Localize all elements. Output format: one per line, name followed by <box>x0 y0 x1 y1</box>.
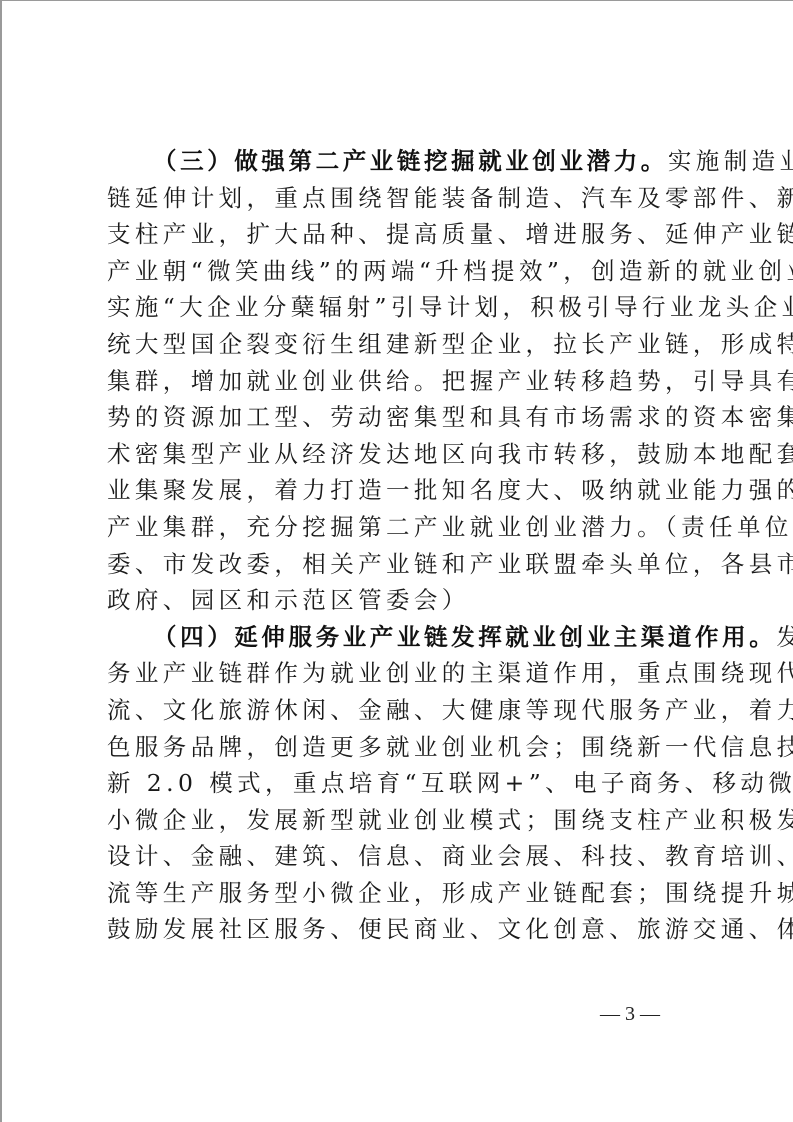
paragraph-line: 链延伸计划，重点围绕智能装备制造、汽车及零部件、新材料等 <box>107 180 699 217</box>
paragraph-line: 术密集型产业从经济发达地区向我市转移，鼓励本地配套中小企 <box>107 436 699 473</box>
paragraph-line: 集群，增加就业创业供给。把握产业转移趋势，引导具有成本优 <box>107 363 699 400</box>
page-number: — 3 — <box>590 1003 670 1026</box>
section-heading: （四）延伸服务业产业链发挥就业创业主渠道作用。 <box>153 623 776 651</box>
paragraph-line: 设计、金融、建筑、信息、商业会展、科技、教育培训、现代物 <box>107 838 699 875</box>
paragraph-line: （三）做强第二产业链挖掘就业创业潜力。实施制造业产业 <box>107 143 699 180</box>
paragraph-line: 色服务品牌，创造更多就业创业机会；围绕新一代信息技术与创 <box>107 729 699 766</box>
document-body: （三）做强第二产业链挖掘就业创业潜力。实施制造业产业 链延伸计划，重点围绕智能装… <box>107 143 699 948</box>
paragraph-line: 务业产业链群作为就业创业的主渠道作用，重点围绕现代商贸物 <box>107 655 699 692</box>
paragraph-line: 实施“大企业分蘖辐射”引导计划，积极引导行业龙头企业与传 <box>107 289 699 326</box>
paragraph-line: 小微企业，发展新型就业创业模式；围绕支柱产业积极发展工业 <box>107 802 699 839</box>
paragraph-line: 统大型国企裂变衍生组建新型企业，拉长产业链，形成特色产业 <box>107 326 699 363</box>
paragraph-line: 委、市发改委，相关产业链和产业联盟牵头单位，各县市区人民 <box>107 546 699 583</box>
section-heading: （三）做强第二产业链挖掘就业创业潜力。 <box>153 147 668 175</box>
paragraph-line: 势的资源加工型、劳动密集型和具有市场需求的资本密集型、技 <box>107 399 699 436</box>
paragraph-line: 鼓励发展社区服务、便民商业、文化创意、旅游交通、体育卫生 <box>107 911 699 948</box>
paragraph-line: 流等生产服务型小微企业，形成产业链配套；围绕提升城市品质， <box>107 875 699 912</box>
paragraph-line: 流、文化旅游休闲、金融、大健康等现代服务产业，着力打造特 <box>107 692 699 729</box>
paragraph-text: 实施制造业产业 <box>668 147 793 175</box>
paragraph-line: 新 2.0 模式，重点培育“互联网+”、电子商务、移动微商等新型 <box>107 765 699 802</box>
paragraph-line: 业集聚发展，着力打造一批知名度大、吸纳就业能力强的标志性 <box>107 472 699 509</box>
paragraph-line: 产业朝“微笑曲线”的两端“升档提效”，创造新的就业创业机会。 <box>107 253 699 290</box>
paragraph-line: 支柱产业，扩大品种、提高质量、增进服务、延伸产业链，推动 <box>107 216 699 253</box>
paragraph-line: 产业集群，充分挖掘第二产业就业创业潜力。（责任单位：市经信 <box>107 509 699 546</box>
paragraph-text: 发挥服 <box>776 623 793 651</box>
paragraph-line: （四）延伸服务业产业链发挥就业创业主渠道作用。发挥服 <box>107 619 699 656</box>
paragraph-line: 政府、园区和示范区管委会） <box>107 582 699 619</box>
